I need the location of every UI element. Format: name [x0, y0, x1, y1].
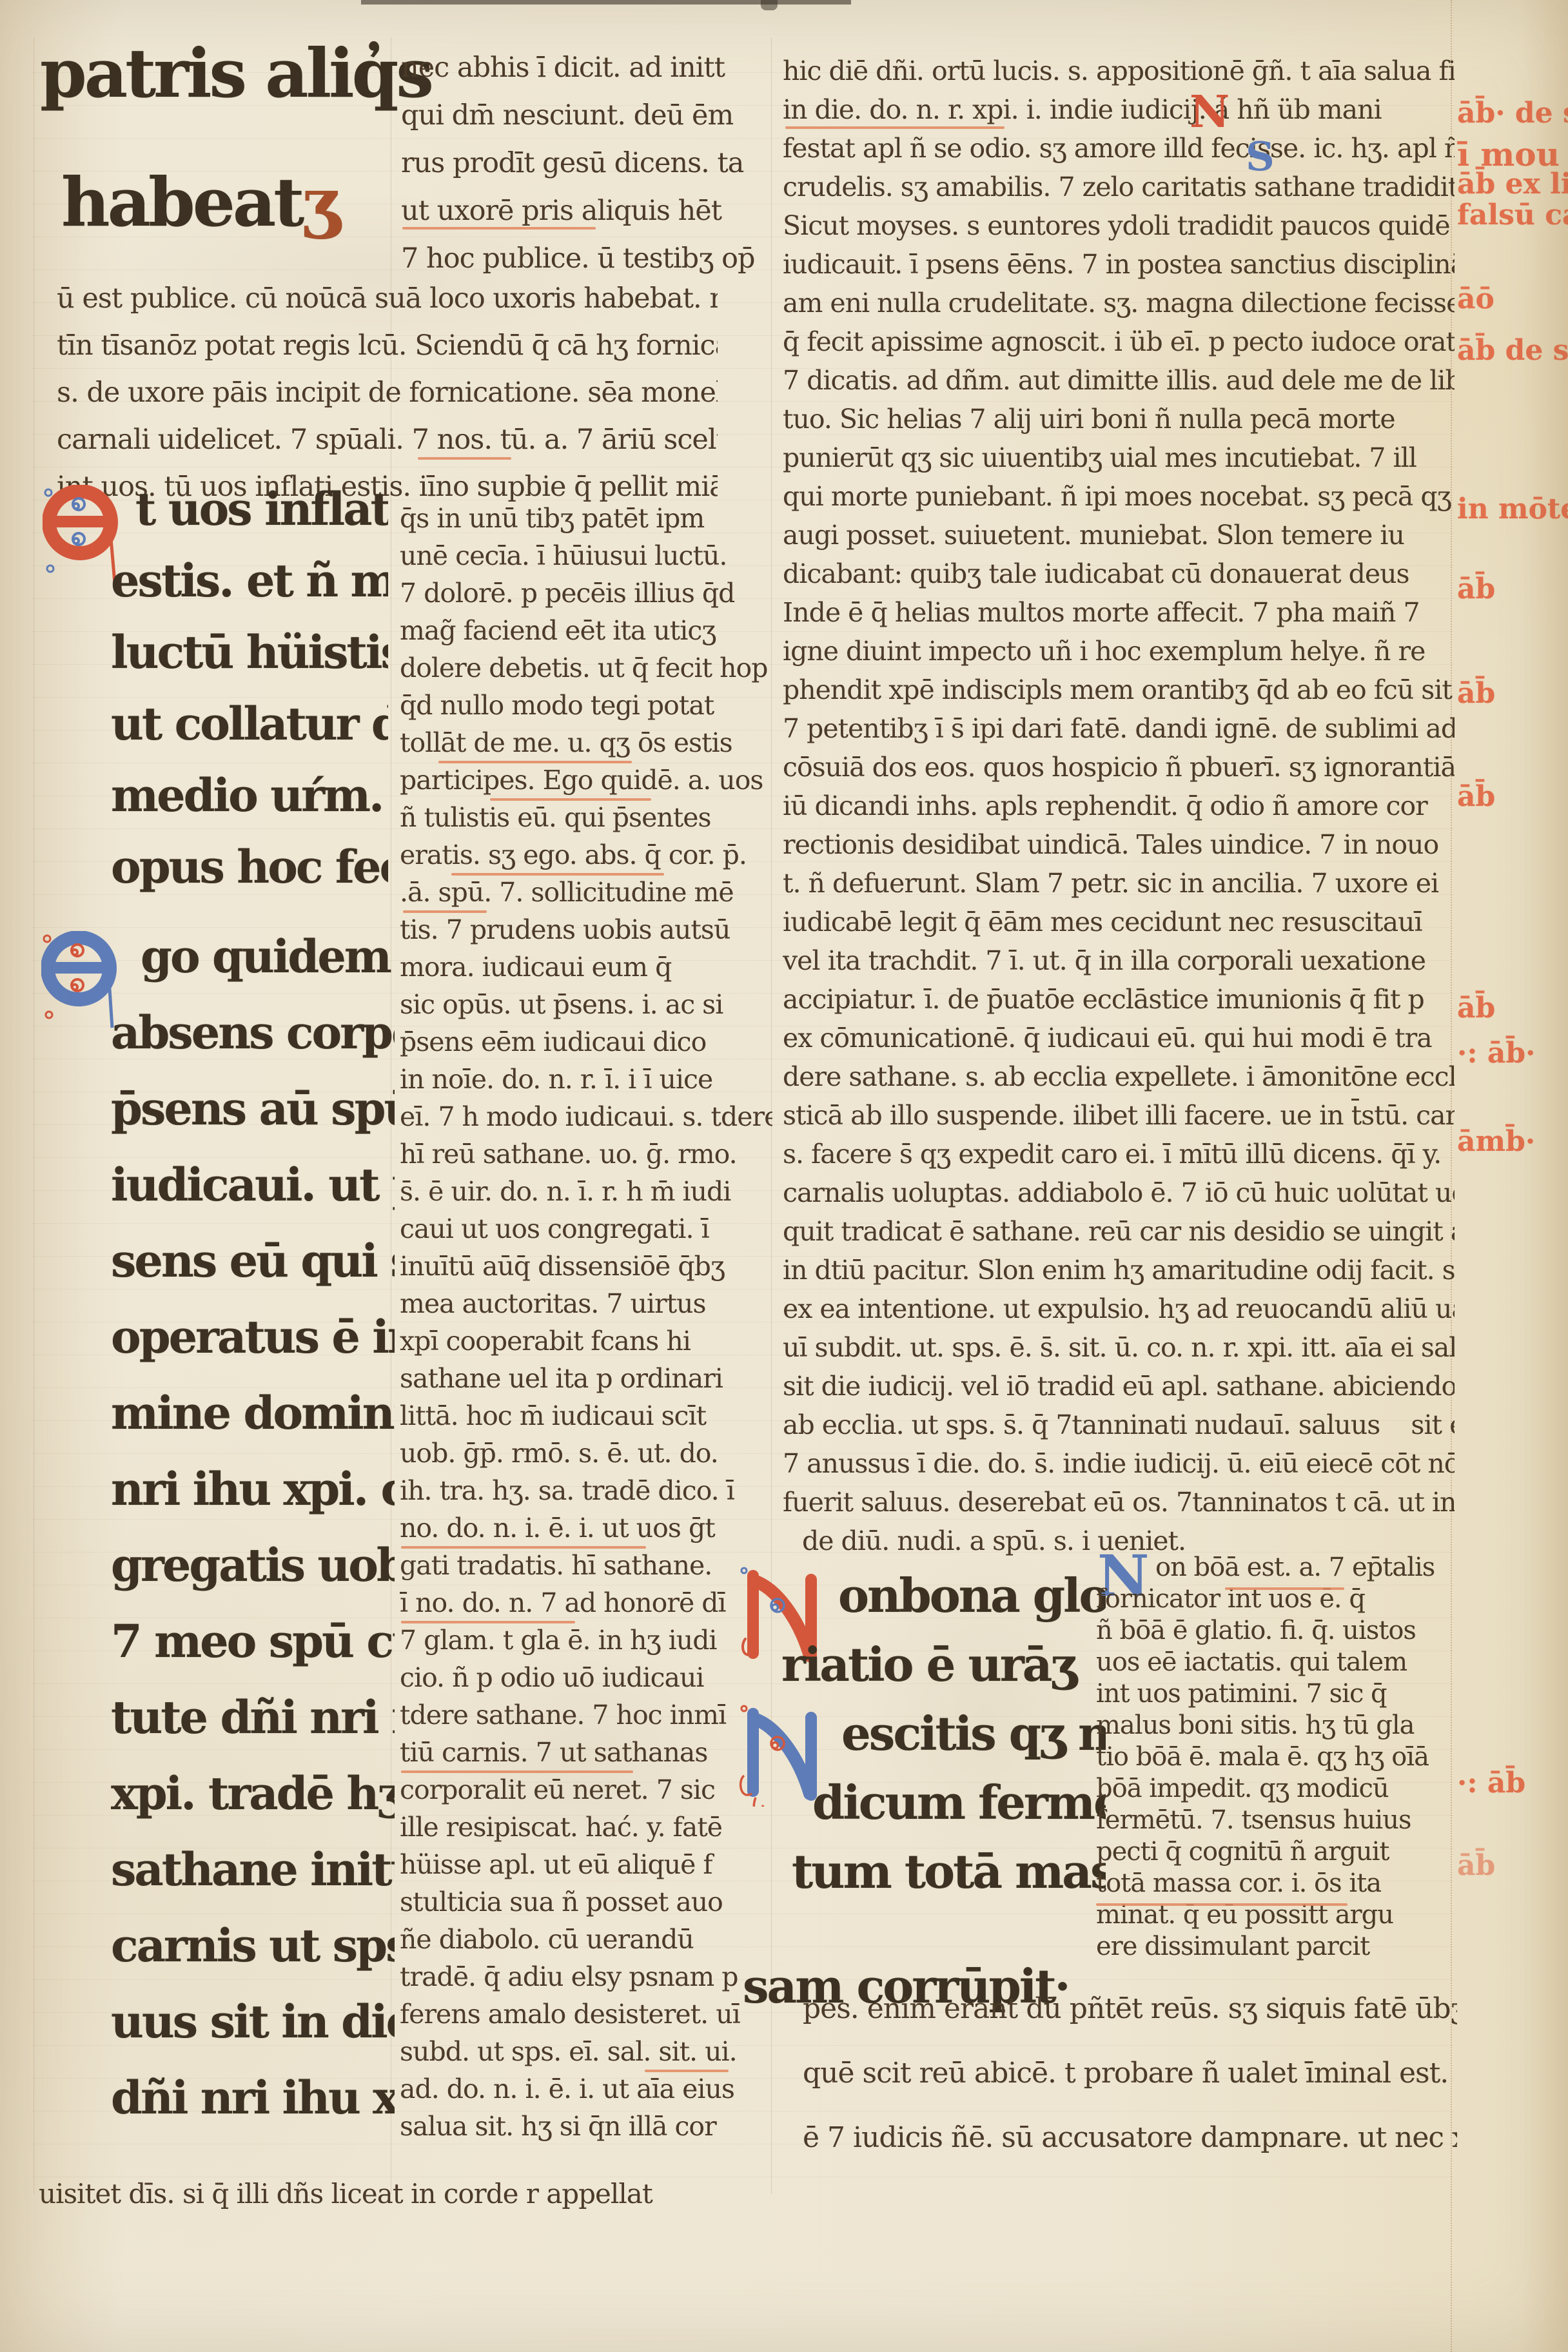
gloss-line: tis. 7 prudens uobis autsū: [400, 914, 772, 952]
lemma-line: dñi nri ihu xpiʒ: [111, 2071, 395, 2147]
gloss-line: caui ut uos congregati. ī: [400, 1213, 772, 1251]
red-underline: [645, 2070, 729, 2072]
gloss-line: in noīe. do. n. r. ī. i ī uice: [400, 1064, 772, 1101]
gloss-line: quit tradicat ē sathane. reū car nis des…: [783, 1216, 1455, 1255]
gloss-line: totā massa cor. i. ōs ita: [1096, 1868, 1449, 1900]
margin-note: āb̄: [1457, 573, 1495, 605]
inline-initial-N-red: N: [1190, 90, 1230, 134]
gloss-line: carnalis uoluptas. addiabolo ē. 7 iō cū …: [783, 1177, 1455, 1216]
gloss-line: carnali uidelicet. 7 spūali. 7 nos. tū. …: [57, 424, 718, 471]
lemma-line: sathane initū: [111, 1843, 395, 1919]
margin-note: āmb̄·: [1457, 1125, 1535, 1158]
manuscript-page: patris aliq̓s habeatʒ nec abhis ī dicit.…: [0, 0, 1568, 2352]
gloss-line: fuerit saluus. deserebat eū os. 7tannina…: [783, 1487, 1455, 1525]
margin-note: āb̄: [1457, 780, 1495, 813]
gloss-line: tio bōā ē. mala ē. qʒ hʒ oīā: [1096, 1742, 1449, 1774]
lemma-line: medio uŕm. q̄: [111, 769, 388, 840]
lemma-line: gregatis uob.: [111, 1538, 395, 1614]
lemma-line: iudicaui. ut p̄: [111, 1158, 395, 1234]
gloss-line: gati tradatis. hī sathane.: [400, 1550, 772, 1587]
lemma-line: tum totā mas: [741, 1844, 1106, 1913]
red-underline: [490, 798, 651, 801]
lemma-line: 7 meo spū cū uir: [111, 1614, 395, 1690]
bottom-left-line: uisitet dīs. si q̄ illi dñs liceat in co…: [39, 2178, 709, 2210]
gloss-line: iū dicandi inhs. apls rephendit. q̄ odio…: [783, 790, 1455, 829]
gloss-line: salua sit. hʒ si q̄n illā cor: [400, 2111, 772, 2148]
lemma-line: onbona glo: [741, 1568, 1106, 1637]
gloss-line: quē scit reū abicē. t probare ñ ualet īm…: [803, 2057, 1457, 2121]
gloss-line: t. ñ defuerunt. Slam 7 petr. sic in anci…: [783, 868, 1455, 906]
gloss-line: ih. tra. hʒ. sa. tradē dico. ī: [400, 1475, 772, 1513]
gloss-line: s. de uxore pāis incipit de fornicatione…: [57, 377, 718, 424]
gloss-line: 7 glam. t gla ē. in hʒ iudi: [400, 1625, 772, 1662]
gloss-line: tīn tīsanōz potat regis lcū. Sciendū q̄ …: [57, 329, 718, 377]
gloss-line: mora. iudicaui eum q̄: [400, 952, 772, 989]
margin-note: āb̄ ex libʒ: [1457, 168, 1568, 201]
lemma-line: go quidem: [111, 930, 395, 1006]
gloss-line: stulticia sua ñ posset auo: [400, 1886, 772, 1924]
et-abbreviation-mark: ʒ: [302, 162, 337, 242]
bottom-right-wide-lines: pes. enim erant dū pñtēt reūs. sʒ siquis…: [803, 1992, 1457, 2186]
gloss-line: accipiatur. ī. de p̄uatōe ecclāstice imu…: [783, 984, 1455, 1023]
middle-gloss-column: q̄s in unū tibʒ patēt ipmunē cecīa. ī hū…: [400, 503, 772, 2148]
gloss-line: participes. Ego quidē. a. uos: [400, 765, 772, 802]
lemma-heading-line2: habeatʒ: [61, 162, 337, 242]
gloss-line: eī. 7 h modo iudicaui. s. tdere: [400, 1101, 772, 1139]
gloss-line: iudicabē legit q̄ ēām mes cecidunt nec r…: [783, 906, 1455, 945]
gloss-line: ab ecclia. ut sps. s̄. q̄ 7tanninati nud…: [783, 1409, 1455, 1448]
gloss-line: hī reū sathane. uo. ḡ. rmo.: [400, 1139, 772, 1176]
lemma-line: riatio ē urāʒ: [741, 1637, 1106, 1706]
gloss-line: uos eē iactatis. qui talem: [1096, 1647, 1449, 1679]
gloss-line: dicabant: quibʒ tale iudicabat cū donaue…: [783, 558, 1455, 597]
lemma-line: t uos inflati: [111, 482, 388, 554]
margin-note: ·: āb̄·: [1457, 1037, 1535, 1070]
gloss-line: ere dissimulant parcit: [1096, 1932, 1449, 1963]
lemma-line: carnis ut sps sal: [111, 1919, 395, 1995]
gloss-line: mag̃ faciend eēt ita uticʒ: [400, 615, 772, 652]
lemma-line: escitis qʒ mo: [741, 1706, 1106, 1775]
gloss-line: malus boni sitis. hʒ tū gla: [1096, 1710, 1449, 1742]
gloss-line: q̄s in unū tibʒ patēt ipm: [400, 503, 772, 540]
gloss-line: p̄sens eēm iudicaui dico: [400, 1026, 772, 1064]
red-underline: [451, 873, 664, 876]
lemma-block-1: t uos inflatiestis. et ñ mag̃luctū hüist…: [111, 482, 388, 912]
lemma-line: opus hoc fecit: [111, 840, 388, 912]
inline-initial-S-blue: S: [1246, 137, 1275, 177]
gloss-line: hic diē dñi. ortū lucis. s. appositionē …: [783, 55, 1455, 94]
gloss-line: igne diuint impecto uñ i hoc exemplum he…: [783, 636, 1455, 674]
gloss-line: punierūt qʒ sic uiuentibʒ uial mes incut…: [783, 442, 1455, 481]
gloss-line: ñ bōā ē glatio. ﬁ. q̄. uistos: [1096, 1616, 1449, 1647]
gloss-line: tradē. q̄ adiu elsy psnam p: [400, 1961, 772, 1999]
lemma-line: p̄sens aū spū iā: [111, 1082, 395, 1158]
gloss-line: qui morte puniebant. ñ ipi moes nocebat.…: [783, 481, 1455, 520]
gloss-line: hüisse apl. ut eū aliquē f: [400, 1849, 772, 1886]
gloss-line: s. facere s̄ qʒ expedit caro ei. ī mītū …: [783, 1139, 1455, 1177]
gloss-line: rectionis desidibat uindicā. Tales uindi…: [783, 829, 1455, 868]
lemma-line: absens corpore.: [111, 1006, 395, 1082]
gloss-line: mea auctoritas. 7 uirtus: [400, 1288, 772, 1326]
scan-notch: [761, 0, 778, 10]
gloss-line: bōā impedit. qʒ modicū: [1096, 1774, 1449, 1805]
margin-note: falsū capʒ: [1457, 199, 1568, 231]
gloss-line: tollāt de me. u. qʒ ōs estis: [400, 727, 772, 765]
gloss-line: pes. enim erant dū pñtēt reūs. sʒ siquis…: [803, 1992, 1457, 2057]
gloss-line: ū est publice. cū noūcā suā loco uxoris …: [57, 282, 718, 329]
gloss-line: xpī cooperabit fcans hi: [400, 1326, 772, 1363]
red-underline: [1096, 1903, 1347, 1906]
lemma-line: operatus ē in no: [111, 1310, 395, 1386]
gloss-line: 7 dolorē. p pecēis illius q̄d: [400, 578, 772, 615]
margin-note: āb̄: [1457, 992, 1495, 1024]
gloss-line: ille resipiscat. hać. y. fatē: [400, 1812, 772, 1849]
margin-note: āb̄· de se: [1457, 97, 1568, 130]
gloss-line: ad. do. n. i. ē. i. ut aīa eius: [400, 2073, 772, 2111]
gloss-line: ñe diabolo. cū uerandū: [400, 1924, 772, 1961]
gloss-line: dere sathane. s. ab ecclia expellete. i …: [783, 1061, 1455, 1100]
gloss-line: sathane uel ita p ordinari: [400, 1363, 772, 1400]
scan-edge: [361, 0, 851, 5]
gloss-line: rus prodīt gesū dicens. ta: [401, 147, 765, 195]
margin-note: āb̄ de seri: [1457, 334, 1568, 367]
gloss-line: subd. ut sps. eī. sal. sit. ui.: [400, 2036, 772, 2073]
lemma-line: sens eū qui sic: [111, 1234, 395, 1310]
gloss-line: phendit xpē indiscipls mem orantibʒ q̄d …: [783, 674, 1455, 713]
margin-note: in mōte·: [1457, 493, 1568, 525]
red-underline: [401, 1621, 575, 1623]
gloss-line: ex ea intentione. ut expulsio. hʒ ad reu…: [783, 1293, 1455, 1332]
gloss-line: tdere sathane. 7 hoc inmī: [400, 1700, 772, 1737]
gloss-line: qui dm̄ nesciunt. deū ēm: [401, 99, 765, 147]
ruling-vertical: [34, 37, 34, 2194]
gloss-line: uī subdit. ut. sps. ē. s̄. sit. ū. co. n…: [783, 1332, 1455, 1371]
red-underline: [402, 227, 596, 230]
red-underline: [401, 1770, 633, 1773]
lemma-line: ut collatur de: [111, 697, 388, 769]
gloss-line: s̄. ē uir. do. n. ī. r. h m̄ iudi: [400, 1176, 772, 1213]
gloss-line: inuītū aūq̄ dissensiōē q̄bʒ: [400, 1251, 772, 1288]
lemma-line: luctū hüistis.: [111, 625, 388, 697]
gloss-line: nec abhis ī dicit. ad initt: [401, 52, 765, 99]
gloss-line: ī no. do. n. 7 ad honorē dī: [400, 1587, 772, 1625]
gloss-line: corporalit eū neret. 7 sic: [400, 1774, 772, 1812]
red-underline: [403, 910, 487, 913]
gloss-line: uob. ḡp̄. rmō. s. ē. ut. do.: [400, 1438, 772, 1475]
gloss-line: 7 anussus ī die. do. s̄. indie iudicij. …: [783, 1448, 1455, 1487]
gloss-line: tuo. Sic helias 7 alij uiri boni ñ nulla…: [783, 404, 1455, 442]
gloss-line: pecti q̄ cognitū ñ arguit: [1096, 1837, 1449, 1868]
margin-note: āb̄: [1457, 677, 1495, 710]
gloss-line: festat apl ñ se odio. sʒ amore illd feci…: [783, 133, 1455, 171]
lemma-block-2: go quidemabsens corpore.p̄sens aū spū iā…: [111, 930, 395, 2147]
gloss-line: q̄ fecit apissime agnoscit. i üb eī. p p…: [783, 326, 1455, 365]
gloss-line: 7 dicatis. ad dñm. aut dimitte illis. au…: [783, 365, 1455, 404]
gloss-line: tiū carnis. 7 ut sathanas: [400, 1737, 772, 1774]
lemma-line: nri ihu xpi. cō: [111, 1462, 395, 1538]
gloss-line: augi posset. suiuetent. muniebat. Slon t…: [783, 520, 1455, 558]
gloss-line: q̄d nullo modo tegi potat: [400, 690, 772, 727]
gloss-line: ferens amalo desisteret. uī: [400, 1999, 772, 2036]
lemma-line: xpi. tradē hʒ mī: [111, 1767, 395, 1843]
right-gloss-column: hic diē dñi. ortū lucis. s. appositionē …: [783, 55, 1455, 1564]
gloss-line: am eni nulla crudelitate. sʒ. magna dile…: [783, 288, 1455, 326]
gloss-line: crudelis. sʒ amabilis. 7 zelo caritatis …: [783, 171, 1455, 210]
gloss-line: Inde ē q̄ helias multos morte affecit. 7…: [783, 597, 1455, 636]
gloss-line: unē cecīa. ī hūiusui luctū.: [400, 540, 772, 578]
margin-note: āō: [1457, 282, 1494, 315]
red-underline: [418, 457, 511, 460]
margin-annotations: āb̄· de se ī mou āb̄ ex libʒ falsū capʒ …: [1455, 0, 1568, 2352]
lemma-heading-word: habeat: [61, 162, 302, 242]
gloss-line: sic opūs. ut p̄sens. i. ac si: [400, 989, 772, 1026]
gloss-line: eratis. sʒ ego. abs. q̄ cor. p̄.: [400, 839, 772, 877]
gloss-line: ut uxorē pris aliquis hēt: [401, 195, 765, 242]
margin-note: āb̄: [1457, 1849, 1495, 1882]
lemma-line: mine domini: [111, 1386, 395, 1462]
gloss-line: littā. hoc m̄ iudicaui scīt: [400, 1400, 772, 1438]
lemma-line: estis. et ñ mag̃: [111, 554, 388, 625]
middle-gloss-top: nec abhis ī dicit. ad inittqui dm̄ nesci…: [401, 52, 765, 290]
gloss-line: dolere debetis. ut q̄ fecit hop: [400, 652, 772, 690]
gloss-line: sit die iudicij. vel iō tradid eū apl. s…: [783, 1371, 1455, 1409]
gloss-line: Sicut moyses. s euntores ydoli tradidit …: [783, 210, 1455, 249]
gloss-line: on bōā est. a. 7 ep̄talis: [1096, 1553, 1449, 1584]
gloss-line: cōsuiā dos eos. quos hospicio ñ pbuerī. …: [783, 752, 1455, 790]
gloss-line: .ā. spū. 7. sollicitudine mē: [400, 877, 772, 914]
lemma-line: uus sit in die: [111, 1995, 395, 2071]
lemma-line: dicum fermen: [741, 1775, 1106, 1844]
red-underline: [785, 126, 1004, 129]
lemma-heading-line1: patris aliq̓s: [40, 34, 431, 113]
gloss-line: iudicauit. ī psens ēēns. 7 in postea san…: [783, 249, 1455, 288]
lemma-block-bottom: onbona gloriatio ē urāʒescitis qʒ modicu…: [741, 1568, 1106, 1913]
margin-note: ·: āb̄: [1457, 1767, 1525, 1799]
lemma-line: tute dñi nri ihu: [111, 1690, 395, 1767]
gloss-line: cio. ñ p odio uō iudicaui: [400, 1662, 772, 1700]
gloss-line: ex cōmunicationē. q̄ iudicaui eū. qui hu…: [783, 1023, 1455, 1061]
red-underline: [1225, 1587, 1344, 1590]
red-underline: [438, 761, 632, 763]
gloss-line: ē 7 iudicis ñē. sū accusatore dampnare. …: [803, 2121, 1457, 2186]
gloss-line: vel ita trachdit. 7 ī. ut. q̄ in illa co…: [783, 945, 1455, 984]
gloss-line: int uos patimini. 7 sic q̄: [1096, 1679, 1449, 1710]
gloss-line: in dtiū pacitur. Slon enim hʒ amaritudin…: [783, 1255, 1455, 1293]
gloss-line: ñ tulistis eū. qui p̄sentes: [400, 802, 772, 839]
red-underline: [401, 1546, 646, 1549]
gloss-line: sticā ab illo suspende. ilibet illi face…: [783, 1100, 1455, 1139]
gloss-line: 7 petentibʒ ī s̄ ipi dari fatē. dandi ig…: [783, 713, 1455, 752]
bottom-right-gloss-column: on bōā est. a. 7 ep̄talisfornicator int …: [1096, 1553, 1449, 1963]
gloss-line: no. do. n. i. ē. i. ut uos ḡt: [400, 1513, 772, 1550]
gloss-line: fermētū. 7. tsensus huius: [1096, 1805, 1449, 1837]
